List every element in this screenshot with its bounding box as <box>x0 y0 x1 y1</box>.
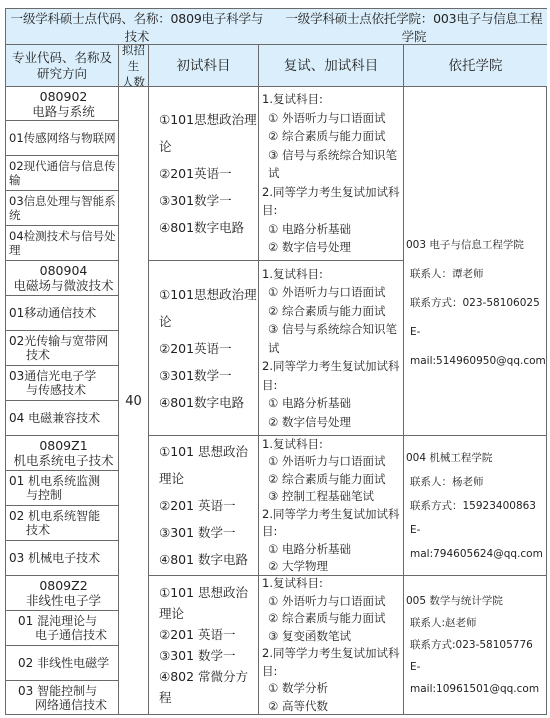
direction-row: 01传感网络与物联网 <box>6 121 119 156</box>
initial-subjects-0809Z1: ①101 思想政治理论 ②201 英语一 ③301 数学一 ④801 数字电路 <box>149 436 259 576</box>
direction-label: 04检测技术与信号处理 <box>9 229 118 257</box>
major-080902: 080902 电路与系统 <box>6 87 119 121</box>
retest-subjects-0809Z1: 1.复试科目: ① 外语听力与口语面试 ② 综合素质与能力面试 ③ 控制工程基础… <box>259 436 404 576</box>
initial-subjects-080902: ①101思想政治理论 ②201英语一 ③301数学一 ④801数字电路 <box>149 87 259 261</box>
additional-heading: 2.同等学力考生复试加试科目: <box>262 183 403 220</box>
direction-row: 01 机电系统监测 与控制 <box>6 471 119 506</box>
additional-item: ② 高等代数 <box>262 698 403 716</box>
retest-heading: 1.复试科目: <box>262 436 403 453</box>
direction-label-cont: 网络通信技术 <box>18 698 107 712</box>
major-name: 电路与系统 <box>32 104 95 119</box>
college-email: E-mail:10961501@qq.com <box>406 656 547 700</box>
retest-item: ② 综合素质与能力面试 <box>262 471 403 489</box>
col-header-retest-label: 复试、加试科目 <box>284 58 379 74</box>
direction-label: 01移动通信技术 <box>9 306 96 320</box>
retest-heading: 1.复试科目: <box>262 90 403 109</box>
subject-item: ①101 思想政治理论 <box>159 438 258 492</box>
direction-row: 03信息处理与智能系统 <box>6 191 119 226</box>
retest-subjects-0809Z2: 1.复试科目: ① 外语听力与口语面试 ② 综合素质与能力面试 ③ 复变函数笔试… <box>259 576 404 715</box>
subject-item: ③301数学一 <box>159 187 258 214</box>
direction-label-cont: 电子通信技术 <box>18 628 107 642</box>
college-005: 005 数学与统计学院 联系人:赵老师 联系方式:023-58105776 E-… <box>404 576 547 715</box>
direction-label: 04 电磁兼容技术 <box>9 411 100 425</box>
direction-label: 03通信光电子学 <box>9 369 96 383</box>
college-name: 003 电子与信息工程学院 <box>406 231 547 260</box>
major-name: 非线性电子学 <box>26 593 101 608</box>
col-header-quota-line2: 人数 <box>122 74 145 88</box>
discipline-code-name: 一级学科硕士点代码、名称：0809电子科学与技术 <box>6 9 268 45</box>
college-name: 004 机械工程学院 <box>406 446 547 470</box>
additional-item: ② 数字信号处理 <box>262 413 403 432</box>
retest-subjects-080902: 1.复试科目: ① 外语听力与口语面试 ② 综合素质与能力面试 ③ 信号与系统综… <box>259 87 404 261</box>
retest-heading: 1.复试科目: <box>262 576 403 593</box>
retest-item: ③ 信号与系统综合知识笔试 <box>262 146 403 183</box>
additional-item: ① 电路分析基础 <box>262 220 403 239</box>
college-contact: 联系人：谭老师 <box>406 260 547 289</box>
major-080904: 080904 电磁场与微波技术 <box>6 261 119 296</box>
col-header-initial-label: 初试科目 <box>177 58 231 74</box>
additional-heading: 2.同等学力考生复试加试科目: <box>262 506 403 541</box>
direction-row: 02 非线性电磁学 <box>6 646 119 681</box>
col-header-major-line1: 专业代码、名称及 <box>12 50 112 66</box>
retest-item: ① 外语听力与口语面试 <box>262 593 403 611</box>
direction-label-cont: 与控制 <box>9 488 62 502</box>
college-contact: 联系人:赵老师 <box>406 612 547 634</box>
col-header-major: 专业代码、名称及 研究方向 <box>6 45 119 87</box>
major-code: 080904 <box>40 263 88 278</box>
subject-item: ③301数学一 <box>159 362 258 389</box>
subject-item: ④801数字电路 <box>159 389 258 416</box>
direction-row: 02 机电系统智能 技术 <box>6 506 119 541</box>
col-header-quota-line1: 拟招生 <box>119 45 148 74</box>
direction-row: 04 电磁兼容技术 <box>6 401 119 436</box>
direction-label-cont: 技术 <box>9 348 50 362</box>
subject-item: ③301 数学一 <box>159 645 258 666</box>
retest-item: ① 外语听力与口语面试 <box>262 109 403 128</box>
subject-item: ①101思想政治理论 <box>159 281 258 335</box>
discipline-title-row: 一级学科硕士点代码、名称：0809电子科学与技术 一级学科硕士点依托学院：003… <box>6 9 547 45</box>
direction-label: 01 机电系统监测 <box>9 474 100 488</box>
admissions-table: 一级学科硕士点代码、名称：0809电子科学与技术 一级学科硕士点依托学院：003… <box>5 8 547 715</box>
retest-item: ③ 信号与系统综合知识笔试 <box>262 320 403 357</box>
direction-row: 01移动通信技术 <box>6 296 119 331</box>
direction-label: 02 非线性电磁学 <box>18 656 109 670</box>
direction-row: 03 智能控制与 网络通信技术 <box>6 681 119 715</box>
col-header-retest: 复试、加试科目 <box>259 45 404 87</box>
direction-label: 03 机械电子技术 <box>9 551 100 565</box>
college-email: E-mal:794605624@qq.com <box>406 518 547 566</box>
col-header-college: 依托学院 <box>404 45 547 87</box>
retest-subjects-080904: 1.复试科目: ① 外语听力与口语面试 ② 综合素质与能力面试 ③ 信号与系统综… <box>259 261 404 436</box>
retest-item: ① 外语听力与口语面试 <box>262 283 403 302</box>
subject-item: ①101 思想政治理论 <box>159 582 258 624</box>
college-phone: 联系方式:023-58105776 <box>406 634 547 656</box>
additional-heading: 2.同等学力考生复试加试科目: <box>262 645 403 680</box>
direction-label-cont: 与传感技术 <box>9 383 86 397</box>
direction-label: 02现代通信与信息传输 <box>9 159 118 187</box>
subject-item: ④801数字电路 <box>159 214 258 241</box>
major-0809Z1: 0809Z1 机电系统电子技术 <box>6 436 119 471</box>
direction-row: 03 机械电子技术 <box>6 541 119 576</box>
direction-row: 02光传输与宽带网 技术 <box>6 331 119 366</box>
subject-item: ④802 常微分方程 <box>159 666 258 708</box>
major-name: 电磁场与微波技术 <box>13 278 113 293</box>
college-phone: 联系方式：15923400863 <box>406 494 547 518</box>
direction-row: 04检测技术与信号处理 <box>6 226 119 261</box>
retest-item: ③ 控制工程基础笔试 <box>262 488 403 506</box>
retest-heading: 1.复试科目: <box>262 265 403 284</box>
additional-item: ① 电路分析基础 <box>262 541 403 559</box>
quota-value: 40 <box>125 394 142 409</box>
subject-item: ③301 数学一 <box>159 519 258 546</box>
major-0809Z2: 0809Z2 非线性电子学 <box>6 576 119 611</box>
college-phone: 联系方式：023-58106025 <box>406 289 547 318</box>
additional-heading: 2.同等学力考生复试加试科目: <box>262 357 403 394</box>
direction-label: 01传感网络与物联网 <box>9 131 116 145</box>
major-code: 080902 <box>40 89 88 104</box>
initial-subjects-080904: ①101思想政治理论 ②201英语一 ③301数学一 ④801数字电路 <box>149 261 259 436</box>
major-code: 0809Z1 <box>39 438 87 453</box>
major-code: 0809Z2 <box>39 578 87 593</box>
subject-item: ④801 数字电路 <box>159 546 258 573</box>
retest-item: ② 综合素质与能力面试 <box>262 610 403 628</box>
direction-label: 03 智能控制与 <box>18 684 97 698</box>
col-header-initial: 初试科目 <box>149 45 259 87</box>
col-header-quota: 拟招生 人数 <box>119 45 149 87</box>
direction-label: 03信息处理与智能系统 <box>9 194 118 222</box>
direction-row: 03通信光电子学 与传感技术 <box>6 366 119 401</box>
major-name: 机电系统电子技术 <box>13 453 113 468</box>
additional-item: ① 数学分析 <box>262 680 403 698</box>
quota-total: 40 <box>119 87 149 715</box>
direction-label: 01 混沌理论与 <box>18 614 97 628</box>
additional-item: ② 大学物理 <box>262 558 403 576</box>
subject-item: ①101思想政治理论 <box>159 106 258 160</box>
direction-row: 02现代通信与信息传输 <box>6 156 119 191</box>
retest-item: ③ 复变函数笔试 <box>262 628 403 646</box>
subject-item: ②201英语一 <box>159 160 258 187</box>
initial-subjects-0809Z2: ①101 思想政治理论 ②201 英语一 ③301 数学一 ④802 常微分方程 <box>149 576 259 715</box>
additional-item: ② 数字信号处理 <box>262 238 403 257</box>
discipline-host-college: 一级学科硕士点依托学院：003电子与信息工程学院 <box>281 9 547 45</box>
direction-label: 02 机电系统智能 <box>9 509 100 523</box>
college-email: E-mail:514960950@qq.com <box>406 318 547 376</box>
subject-item: ②201 英语一 <box>159 624 258 645</box>
col-header-major-line2: 研究方向 <box>37 66 87 82</box>
additional-item: ① 电路分析基础 <box>262 394 403 413</box>
col-header-college-label: 依托学院 <box>449 58 503 74</box>
direction-label: 02光传输与宽带网 <box>9 334 108 348</box>
direction-row: 01 混沌理论与 电子通信技术 <box>6 611 119 646</box>
subject-item: ②201英语一 <box>159 335 258 362</box>
college-003: 003 电子与信息工程学院 联系人：谭老师 联系方式：023-58106025 … <box>404 87 547 436</box>
retest-item: ② 综合素质与能力面试 <box>262 302 403 321</box>
subject-item: ②201 英语一 <box>159 492 258 519</box>
college-contact: 联系人：杨老师 <box>406 470 547 494</box>
college-name: 005 数学与统计学院 <box>406 590 547 612</box>
college-004: 004 机械工程学院 联系人：杨老师 联系方式：15923400863 E-ma… <box>404 436 547 576</box>
direction-label-cont: 技术 <box>9 523 50 537</box>
retest-item: ② 综合素质与能力面试 <box>262 127 403 146</box>
retest-item: ① 外语听力与口语面试 <box>262 453 403 471</box>
